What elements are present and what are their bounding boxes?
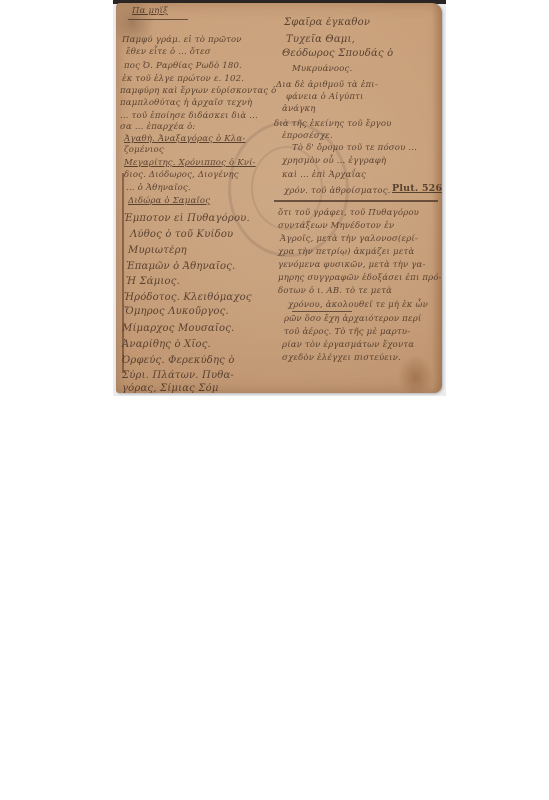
left-line: Διδώρα ὁ Σαμαῖος bbox=[128, 196, 210, 207]
right-line: Τὸ δ' ὄρομο τοῦ τε πόσου ... bbox=[292, 143, 417, 154]
right-lower-line: σχεδὸν ἐλέγχει πιστεύειν. bbox=[282, 353, 401, 364]
plutarch-reference: Plut. 526 bbox=[392, 183, 442, 194]
left-line: Παμφύ γράμ. εἰ τὸ πρῶτον bbox=[122, 35, 242, 46]
right-lower-line: γενόμενα φυσικῶν, μετὰ τὴν γα- bbox=[278, 260, 426, 271]
right-lower-line: μηρης συγγραφῶν ἐδοξάσει ἐπι πρό- bbox=[278, 273, 442, 284]
left-line: Ἐμποτον εἰ Πυθαγόρου. bbox=[124, 213, 250, 224]
right-lower-line: Ἀγροῖς, μετὰ τὴν γαλονοσ(ερί- bbox=[280, 234, 418, 245]
left-line: πος Ὀ. Ραρθίας Ρωδὸ 180. bbox=[124, 61, 242, 72]
right-line: ἐπροσέσχε. bbox=[282, 131, 333, 142]
left-line: Μεγαρίτης. Χρόνιππος ὁ Κνί- bbox=[124, 158, 256, 169]
left-line: ἐκ τοῦ ἐλγε πρώτον ε. 102. bbox=[122, 74, 244, 85]
right-line: Δια δὲ ἀριθμοῦ τὰ ἐπι- bbox=[276, 80, 378, 91]
left-line: σα ... ἐπαρχέα ὁ: bbox=[120, 122, 195, 133]
right-line: χρησμὸν οὗ ... ἐγγραφὴ bbox=[282, 156, 386, 167]
left-line: Σύρι. Πλάτων. Πυθα- bbox=[122, 370, 234, 381]
right-line: διὰ τῆς ἐκείνης τοῦ ἔργου bbox=[274, 119, 392, 130]
left-line: Ἀναρίθης ὁ Χῖος. bbox=[122, 339, 211, 350]
right-line: Θεόδωρος Σπουδάς ὁ bbox=[282, 48, 393, 59]
left-line: Ἐπαμῶν ὁ Ἀθηναῖος. bbox=[126, 261, 235, 272]
header-underline bbox=[128, 19, 188, 20]
right-line: Σφαῖρα ἐγκαθον bbox=[284, 17, 370, 28]
left-line: Λύθος ὁ τοῦ Κυίδου bbox=[130, 229, 233, 240]
left-line: Μυριωτέρη bbox=[128, 245, 187, 256]
left-line: ... τοῦ ἐποίησε διδάσκει διὰ ... bbox=[120, 111, 258, 122]
section-divider bbox=[274, 200, 438, 202]
right-line: καὶ ... ἐπὶ Ἀρχαΐας bbox=[282, 170, 366, 181]
right-lower-line: ὅτι τοῦ γράφει, τοῦ Πυθαγόρου bbox=[278, 208, 419, 219]
left-line: Ὀρφεύς. Φερεκύδης ὁ bbox=[122, 355, 235, 366]
right-lower-line: χρα τὴν πετρίῳ) ἀκμάζει μετὰ bbox=[278, 247, 414, 258]
left-line: Ὅμηρος Λυκοῦργος. bbox=[124, 306, 229, 317]
left-line: Ἀγαθὴ. Ἀναξαγόρας ὁ Κλα- bbox=[124, 134, 245, 145]
left-line: γόρας, Σίμιας Σόμ bbox=[122, 383, 219, 393]
right-line: Μυκρυάνοος. bbox=[292, 64, 352, 75]
right-line: φάνεια ὁ Αἰγύπτι bbox=[286, 92, 364, 103]
left-line: ἔθεν εἶτε ὁ ... ὄτεσ bbox=[126, 47, 211, 58]
page-spine-shadow bbox=[432, 3, 442, 393]
header-note: Πα μηϊξ bbox=[132, 6, 168, 17]
left-line: Μίμαρχος Μουσαῖος. bbox=[122, 323, 234, 334]
right-line: ἀνάγκη bbox=[282, 104, 316, 115]
ink-underline bbox=[292, 311, 352, 312]
right-lower-line: ρίαν τὸν ἐργασμάτων ἔχοντα bbox=[282, 340, 414, 351]
left-line: διος. Διόδωρος, Διογένης bbox=[124, 170, 239, 181]
right-lower-line: τοῦ ἀέρος. Τὸ τῆς μὲ μαρτυ- bbox=[284, 327, 410, 338]
left-line: ... ὁ Ἀθηναῖος. bbox=[126, 183, 191, 194]
right-lower-line: χρόνου, ἀκολουθεῖ τε μὴ ἐκ ὧν bbox=[288, 300, 428, 311]
left-line: παμφύρη καὶ ἔργων εὑρίσκοντας ὁ bbox=[120, 86, 277, 97]
left-line: Ἡ Σάμιος. bbox=[126, 276, 180, 287]
left-line: Ἡρόδοτος. Κλειθόμαχος bbox=[124, 292, 252, 303]
left-line: παμπλοθύτας ἡ ἀρχαῖσ τεχνὴ bbox=[120, 98, 252, 109]
right-lower-line: συντάξεων Μηνέδοτον ἐν bbox=[278, 221, 394, 232]
manuscript-page: Πα μηϊξ Παμφύ γράμ. εἰ τὸ πρῶτον ἔθεν εἶ… bbox=[116, 3, 442, 393]
left-line: ζομένιος bbox=[124, 145, 164, 156]
right-lower-line: δοτων ὁ ι. ΑΒ. τὸ τε μετὰ bbox=[278, 286, 392, 297]
right-line: χρόν. τοῦ ἀθροίσματος. bbox=[284, 186, 391, 197]
right-line: Τυχεῖα Θαμι, bbox=[286, 34, 355, 45]
right-lower-line: ρῶν ὅσο ἔχη ἀρχαιότερον περί bbox=[284, 314, 421, 325]
